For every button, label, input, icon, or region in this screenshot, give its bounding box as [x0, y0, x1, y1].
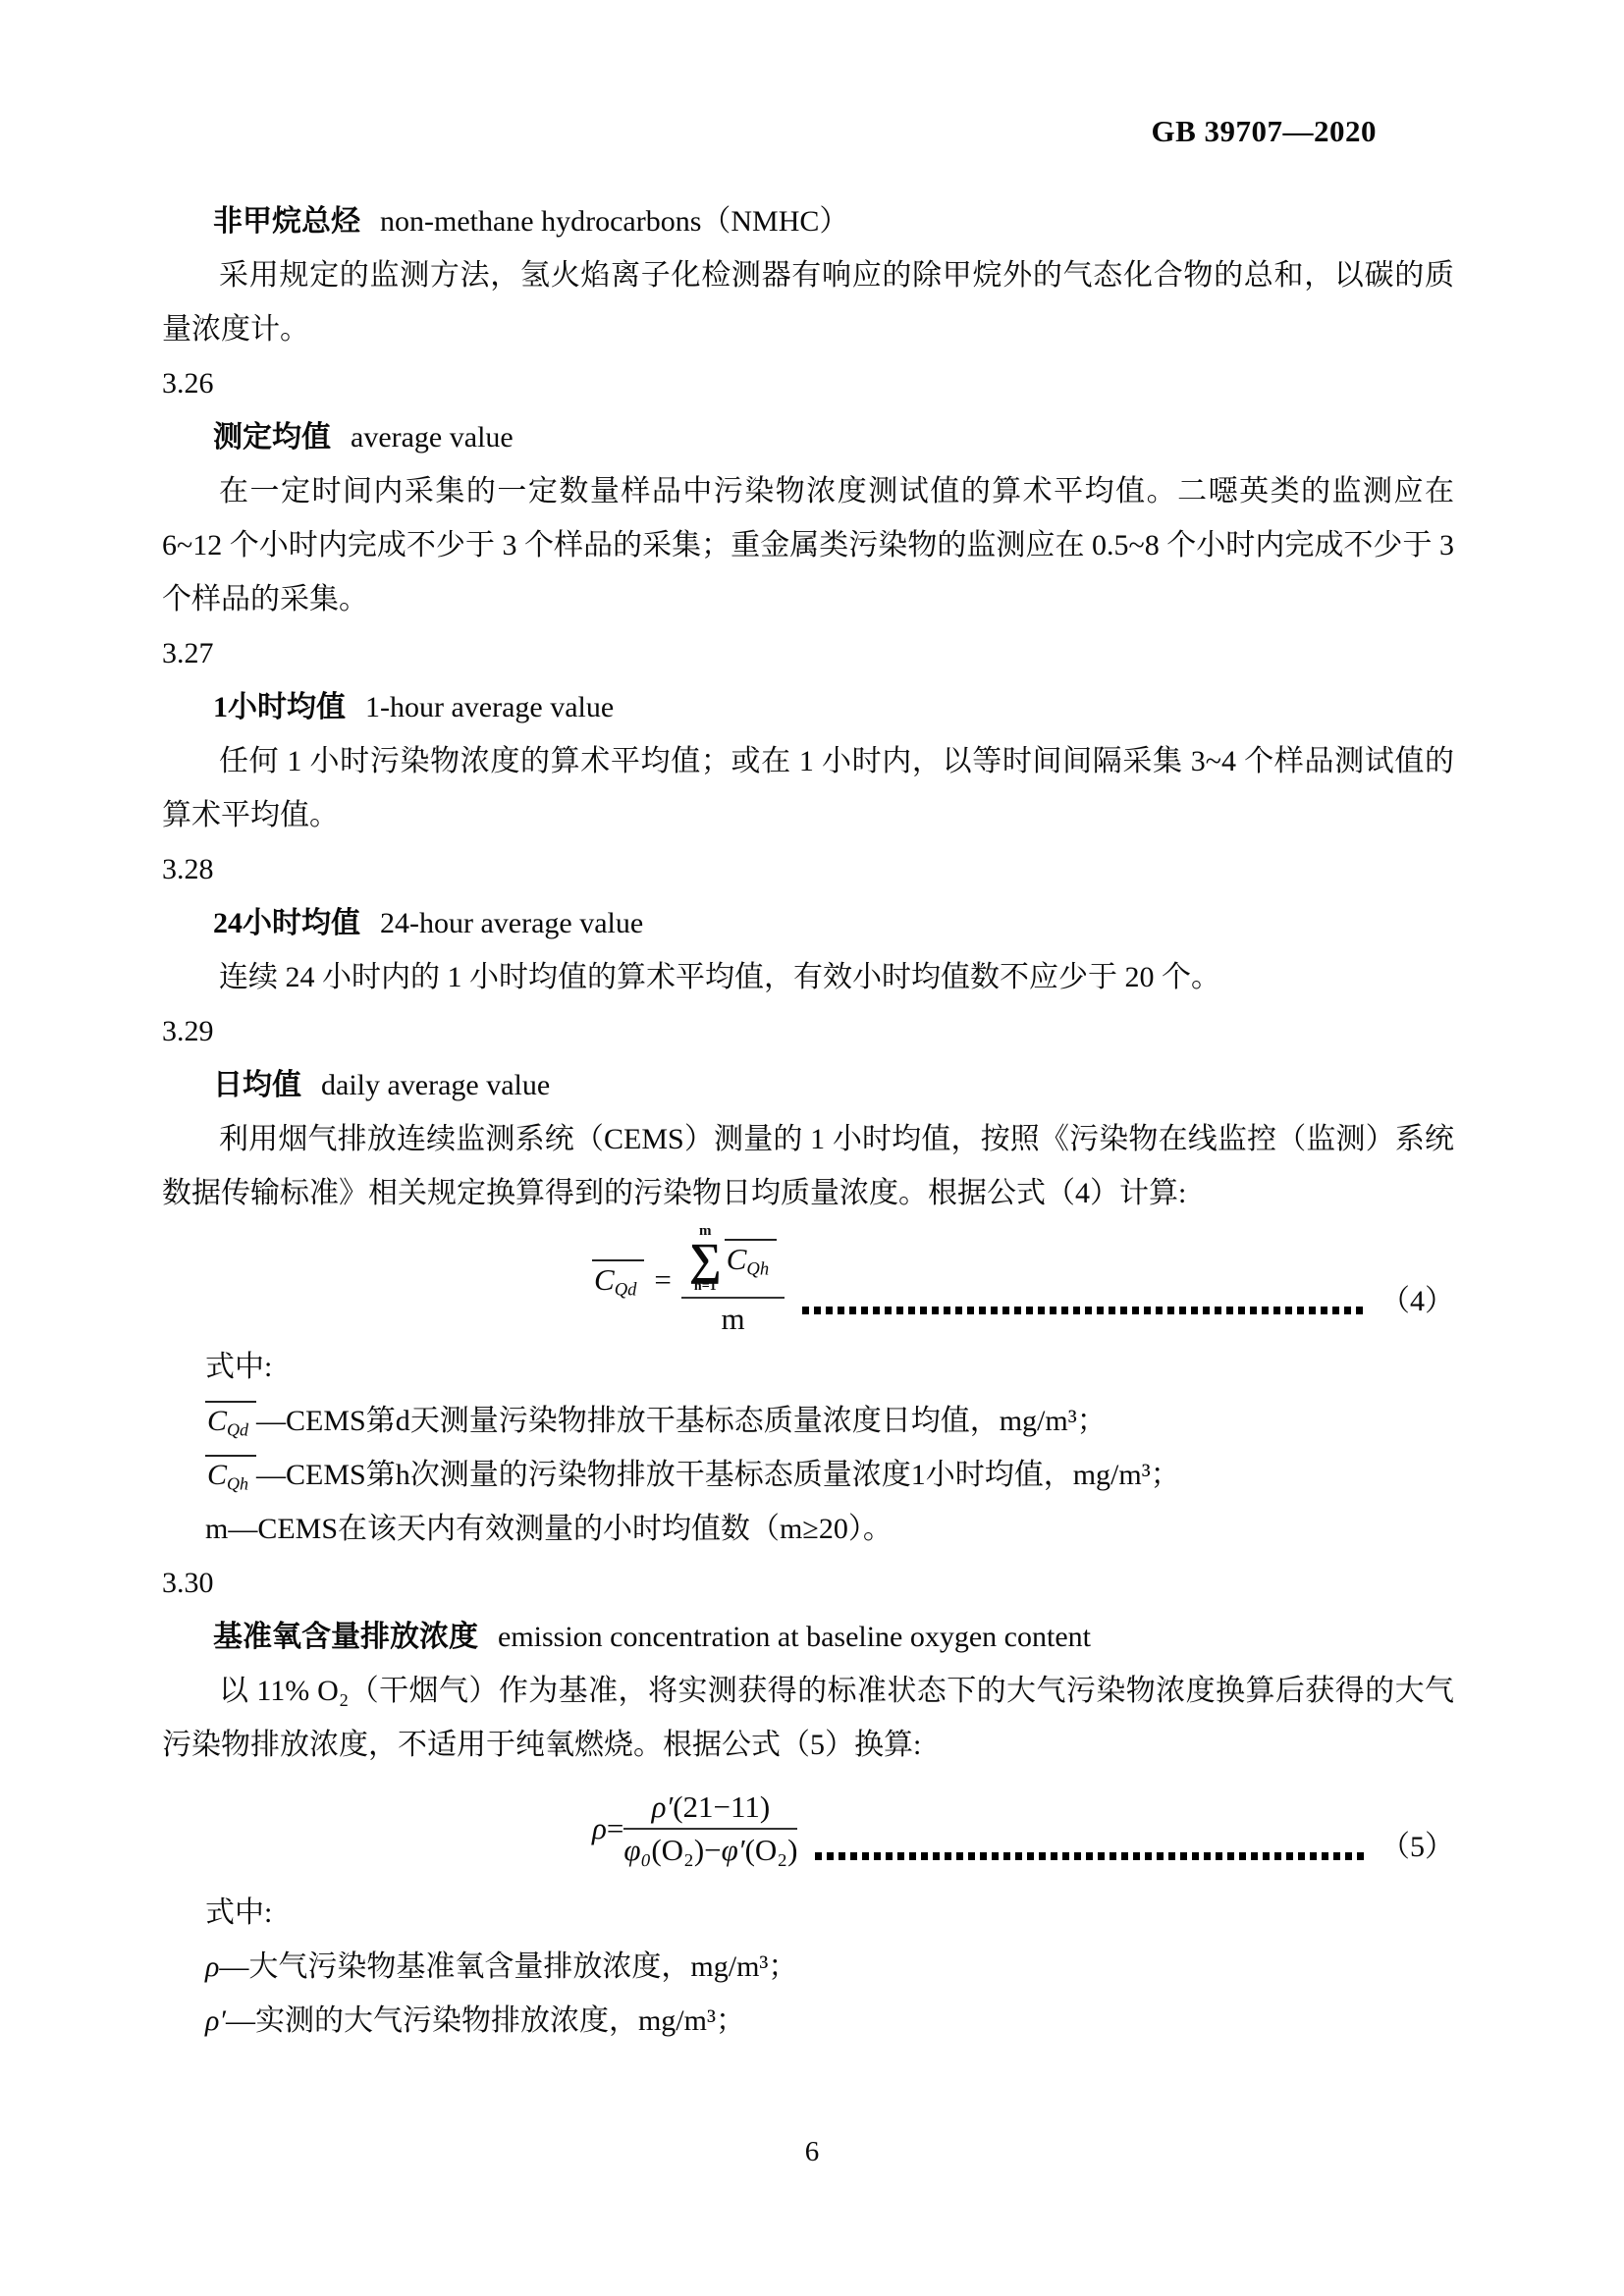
document-page: { "header": { "doc_code": "GB 39707—2020…: [0, 0, 1624, 2296]
term-en: average value: [351, 421, 514, 454]
dotted-leader: [815, 1852, 1365, 1860]
formula-5: ρ= ρ′(21−11) φ₀(O₂)−φ′(O₂) （5）: [162, 1772, 1454, 1886]
clause-number-3-30: 3.30: [162, 1556, 1454, 1610]
term-zh: 非甲烷总烃: [213, 205, 360, 238]
dotted-leader: [802, 1307, 1365, 1314]
symbol-definition-rho: ρ—大气污染物基准氧含量排放浓度，mg/m³；: [162, 1940, 1454, 1994]
cqd-overbar-symbol: CQd: [592, 1259, 644, 1300]
term-zh: 24小时均值: [213, 907, 360, 939]
equals-sign: =: [654, 1262, 671, 1298]
cqd-overbar-symbol: CQd: [205, 1405, 256, 1437]
document-body: 非甲烷总烃non-methane hydrocarbons（NMHC） 采用规定…: [162, 194, 1454, 2048]
term-zh: 测定均值: [213, 421, 331, 454]
fraction: ρ′(21−11) φ₀(O₂)−φ′(O₂): [623, 1789, 797, 1867]
paragraph-3-27: 任何 1 小时污染物浓度的算术平均值；或在 1 小时内，以等时间间隔采集 3~4…: [162, 734, 1454, 842]
paragraph-nmhc: 采用规定的监测方法，氢火焰离子化检测器有响应的除甲烷外的气态化合物的总和，以碳的…: [162, 248, 1454, 356]
summation-symbol: m ∑ h=1: [689, 1224, 722, 1294]
formula-4-math: CQd = m ∑ h=1 CQh m: [592, 1224, 785, 1337]
term-en: 1-hour average value: [365, 691, 614, 723]
cqh-overbar-symbol: CQh: [205, 1459, 256, 1491]
term-heading-baseline-oxygen: 基准氧含量排放浓度emission concentration at basel…: [162, 1610, 1454, 1664]
term-zh: 基准氧含量排放浓度: [213, 1621, 478, 1653]
term-heading-24-hour-average: 24小时均值24-hour average value: [162, 896, 1454, 950]
page-number: 6: [0, 2136, 1624, 2168]
rho-symbol: ρ: [205, 1950, 219, 1983]
cqh-overbar-symbol: CQh: [725, 1239, 777, 1279]
term-zh: 日均值: [213, 1069, 301, 1101]
paragraph-3-28: 连续 24 小时内的 1 小时均值的算术平均值，有效小时均值数不应少于 20 个…: [162, 950, 1454, 1004]
where-label: 式中:: [162, 1340, 1454, 1394]
fraction-denominator: m: [681, 1297, 785, 1337]
clause-number-3-26: 3.26: [162, 356, 1454, 410]
term-en: daily average value: [321, 1069, 550, 1101]
equation-number-4: （4）: [1380, 1274, 1454, 1328]
fraction-numerator: m ∑ h=1 CQh: [681, 1224, 785, 1297]
m-symbol: m: [205, 1513, 228, 1545]
paragraph-3-29: 利用烟气排放连续监测系统（CEMS）测量的 1 小时均值，按照《污染物在线监控（…: [162, 1112, 1454, 1220]
term-heading-nmhc: 非甲烷总烃non-methane hydrocarbons（NMHC）: [162, 194, 1454, 248]
term-en: emission concentration at baseline oxyge…: [498, 1621, 1091, 1653]
equation-number-5: （5）: [1380, 1820, 1454, 1874]
term-heading-daily-average: 日均值daily average value: [162, 1058, 1454, 1112]
symbol-definition-m: m—CEMS在该天内有效测量的小时均值数（m≥20）。: [162, 1502, 1454, 1556]
term-en: non-methane hydrocarbons（NMHC）: [380, 205, 848, 238]
paragraph-3-30: 以 11% O₂（干烟气）作为基准，将实测获得的标准状态下的大气污染物浓度换算后…: [162, 1664, 1454, 1772]
doc-code: GB 39707—2020: [1151, 114, 1377, 149]
where-label: 式中:: [162, 1886, 1454, 1940]
fraction-numerator: ρ′(21−11): [644, 1789, 779, 1828]
definition-text: —实测的大气污染物排放浓度，mg/m³；: [226, 2004, 745, 2037]
symbol-definition-rho-prime: ρ′—实测的大气污染物排放浓度，mg/m³；: [162, 1994, 1454, 2048]
formula-5-math: ρ= ρ′(21−11) φ₀(O₂)−φ′(O₂): [592, 1789, 797, 1867]
definition-text: —CEMS第h次测量的污染物排放干基标态质量浓度1小时均值，mg/m³；: [256, 1459, 1180, 1491]
clause-number-3-29: 3.29: [162, 1004, 1454, 1058]
paragraph-3-26: 在一定时间内采集的一定数量样品中污染物浓度测试值的算术平均值。二噁英类的监测应在…: [162, 464, 1454, 626]
term-zh: 1小时均值: [213, 691, 346, 723]
fraction: m ∑ h=1 CQh m: [681, 1224, 785, 1337]
definition-text: —大气污染物基准氧含量排放浓度，mg/m³；: [219, 1950, 797, 1983]
fraction-denominator: φ₀(O₂)−φ′(O₂): [623, 1828, 797, 1868]
clause-number-3-28: 3.28: [162, 842, 1454, 896]
equals-sign: =: [607, 1811, 623, 1846]
symbol-definition-cqd: CQd—CEMS第d天测量污染物排放干基标态质量浓度日均值，mg/m³；: [162, 1394, 1454, 1448]
symbol-definition-cqh: CQh—CEMS第h次测量的污染物排放干基标态质量浓度1小时均值，mg/m³；: [162, 1448, 1454, 1502]
formula-4: CQd = m ∑ h=1 CQh m （4）: [162, 1220, 1454, 1340]
clause-number-3-27: 3.27: [162, 626, 1454, 680]
term-en: 24-hour average value: [380, 907, 643, 939]
rho-prime-symbol: ρ′: [205, 2004, 226, 2037]
rho-symbol: ρ: [592, 1811, 607, 1846]
definition-text: —CEMS第d天测量污染物排放干基标态质量浓度日均值，mg/m³；: [256, 1405, 1107, 1437]
term-heading-average-value: 测定均值average value: [162, 410, 1454, 464]
term-heading-1-hour-average: 1小时均值1-hour average value: [162, 680, 1454, 734]
definition-text: —CEMS在该天内有效测量的小时均值数（m≥20）。: [228, 1513, 893, 1545]
